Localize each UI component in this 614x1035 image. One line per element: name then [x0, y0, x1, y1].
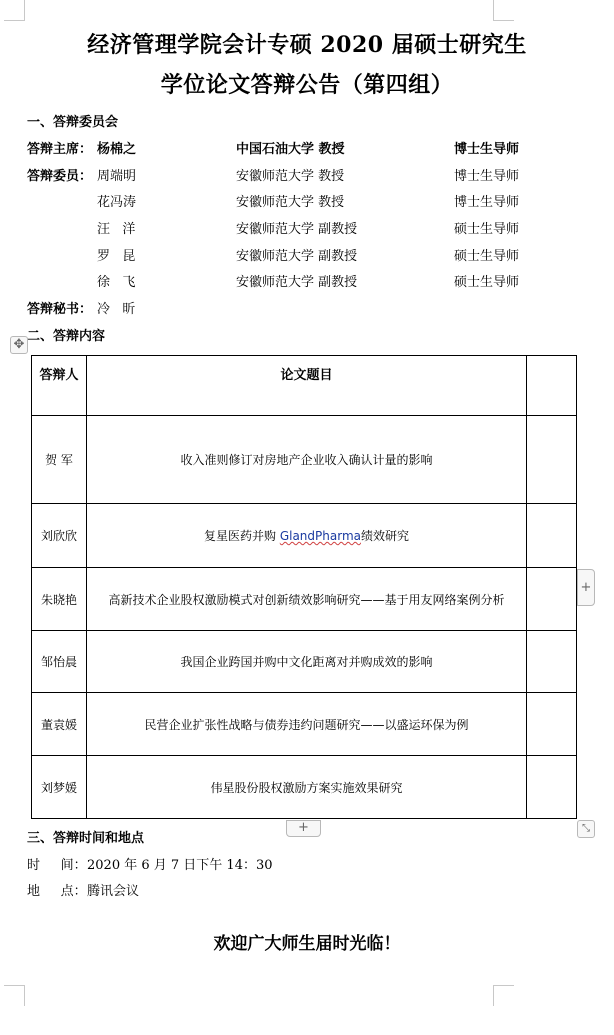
add-column-button[interactable]: + — [577, 569, 595, 606]
spellcheck-flagged-word: GlandPharma — [280, 529, 361, 543]
member-org: 安徽师范大学 教授 — [236, 191, 344, 210]
extra-cell[interactable] — [527, 631, 577, 693]
extra-cell[interactable] — [527, 693, 577, 756]
member-name: 汪 洋 — [97, 218, 135, 237]
table-row: 邹怡晨 我国企业跨国并购中文化距离对并购成效的影响 — [32, 631, 577, 693]
title-cell[interactable]: 复星医药并购 GlandPharma绩效研究 — [87, 504, 527, 568]
committee-member-row: 花冯涛 安徽师范大学 教授 博士生导师 — [27, 191, 587, 211]
table-row: 刘梦媛 伟星股份股权激励方案实施效果研究 — [32, 756, 577, 819]
table-row: 贺 军 收入准则修订对房地产企业收入确认计量的影响 — [32, 416, 577, 504]
title-cell[interactable]: 伟星股份股权激励方案实施效果研究 — [87, 756, 527, 819]
table-resize-icon[interactable]: ⤡ — [577, 820, 595, 838]
title-text-post: 绩效研究 — [361, 529, 409, 543]
document-title-line1: 经济管理学院会计专硕 2020 届硕士研究生 — [0, 28, 614, 59]
member-supervisor: 博士生导师 — [454, 165, 519, 184]
extra-cell[interactable] — [527, 504, 577, 568]
members-label: 答辩委员： — [27, 165, 92, 184]
time-label: 时 间： — [27, 854, 87, 873]
title-cell[interactable]: 我国企业跨国并购中文化距离对并购成效的影响 — [87, 631, 527, 693]
member-org: 安徽师范大学 副教授 — [236, 218, 357, 237]
student-cell[interactable]: 刘欣欣 — [32, 504, 87, 568]
member-supervisor: 博士生导师 — [454, 191, 519, 210]
time-row: 时 间：2020 年 6 月 7 日下午 14：30 — [27, 854, 273, 873]
extra-cell[interactable] — [527, 568, 577, 631]
chair-org: 中国石油大学 教授 — [236, 138, 345, 157]
defense-table: 答辩人 论文题目 贺 军 收入准则修订对房地产企业收入确认计量的影响 刘欣欣 复… — [31, 355, 577, 819]
section-heading-time-place: 三、答辩时间和地点 — [27, 827, 144, 846]
committee-secretary-row: 答辩秘书： 冷 昕 — [27, 298, 587, 318]
title-cell[interactable]: 收入准则修订对房地产企业收入确认计量的影响 — [87, 416, 527, 504]
title-text-pre: 复星医药并购 — [204, 529, 280, 543]
committee-member-row: 汪 洋 安徽师范大学 副教授 硕士生导师 — [27, 218, 587, 238]
member-name: 徐 飞 — [97, 271, 135, 290]
time-value: 2020 年 6 月 7 日下午 14：30 — [87, 858, 273, 873]
chair-supervisor: 博士生导师 — [454, 138, 519, 157]
add-row-button[interactable]: + — [286, 820, 321, 837]
table-move-handle-icon[interactable]: ✥ — [10, 336, 28, 354]
committee-member-row: 答辩委员： 周端明 安徽师范大学 教授 博士生导师 — [27, 165, 587, 185]
student-cell[interactable]: 董袁媛 — [32, 693, 87, 756]
chair-name: 杨棉之 — [97, 138, 136, 157]
member-org: 安徽师范大学 副教授 — [236, 271, 357, 290]
page-corner-mark — [4, 0, 25, 21]
member-org: 安徽师范大学 教授 — [236, 165, 344, 184]
extra-cell[interactable] — [527, 756, 577, 819]
committee-member-row: 罗 昆 安徽师范大学 副教授 硕士生导师 — [27, 245, 587, 265]
page-corner-mark — [4, 985, 25, 1006]
section-heading-committee: 一、答辩委员会 — [27, 111, 118, 130]
page-corner-mark — [493, 0, 514, 21]
table-row: 朱晓艳 高新技术企业股权激励模式对创新绩效影响研究——基于用友网络案例分析 — [32, 568, 577, 631]
member-name: 罗 昆 — [97, 245, 135, 264]
committee-member-row: 徐 飞 安徽师范大学 副教授 硕士生导师 — [27, 271, 587, 291]
place-label: 地 点： — [27, 880, 87, 899]
page-corner-mark — [493, 985, 514, 1006]
member-supervisor: 硕士生导师 — [454, 218, 519, 237]
header-thesis-title: 论文题目 — [87, 356, 527, 416]
secretary-name: 冷 昕 — [97, 298, 135, 317]
chair-label: 答辩主席： — [27, 138, 92, 157]
section-heading-content: 二、答辩内容 — [27, 325, 105, 344]
committee-chair-row: 答辩主席： 杨棉之 中国石油大学 教授 博士生导师 — [27, 138, 587, 158]
header-student: 答辩人 — [32, 356, 87, 416]
table-row: 董袁媛 民营企业扩张性战略与债券违约问题研究——以盛运环保为例 — [32, 693, 577, 756]
title-cell[interactable]: 高新技术企业股权激励模式对创新绩效影响研究——基于用友网络案例分析 — [87, 568, 527, 631]
student-cell[interactable]: 邹怡晨 — [32, 631, 87, 693]
place-row: 地 点：腾讯会议 — [27, 880, 139, 899]
welcome-message: 欢迎广大师生届时光临！ — [0, 929, 614, 954]
header-extra — [527, 356, 577, 416]
table-row: 刘欣欣 复星医药并购 GlandPharma绩效研究 — [32, 504, 577, 568]
student-cell[interactable]: 朱晓艳 — [32, 568, 87, 631]
extra-cell[interactable] — [527, 416, 577, 504]
title-cell[interactable]: 民营企业扩张性战略与债券违约问题研究——以盛运环保为例 — [87, 693, 527, 756]
place-value: 腾讯会议 — [87, 884, 139, 899]
secretary-label: 答辩秘书： — [27, 298, 92, 317]
student-cell[interactable]: 贺 军 — [32, 416, 87, 504]
member-org: 安徽师范大学 副教授 — [236, 245, 357, 264]
member-supervisor: 硕士生导师 — [454, 271, 519, 290]
table-header-row: 答辩人 论文题目 — [32, 356, 577, 416]
member-supervisor: 硕士生导师 — [454, 245, 519, 264]
document-title-line2: 学位论文答辩公告（第四组） — [0, 68, 614, 99]
student-cell[interactable]: 刘梦媛 — [32, 756, 87, 819]
member-name: 周端明 — [97, 165, 136, 184]
member-name: 花冯涛 — [97, 191, 136, 210]
